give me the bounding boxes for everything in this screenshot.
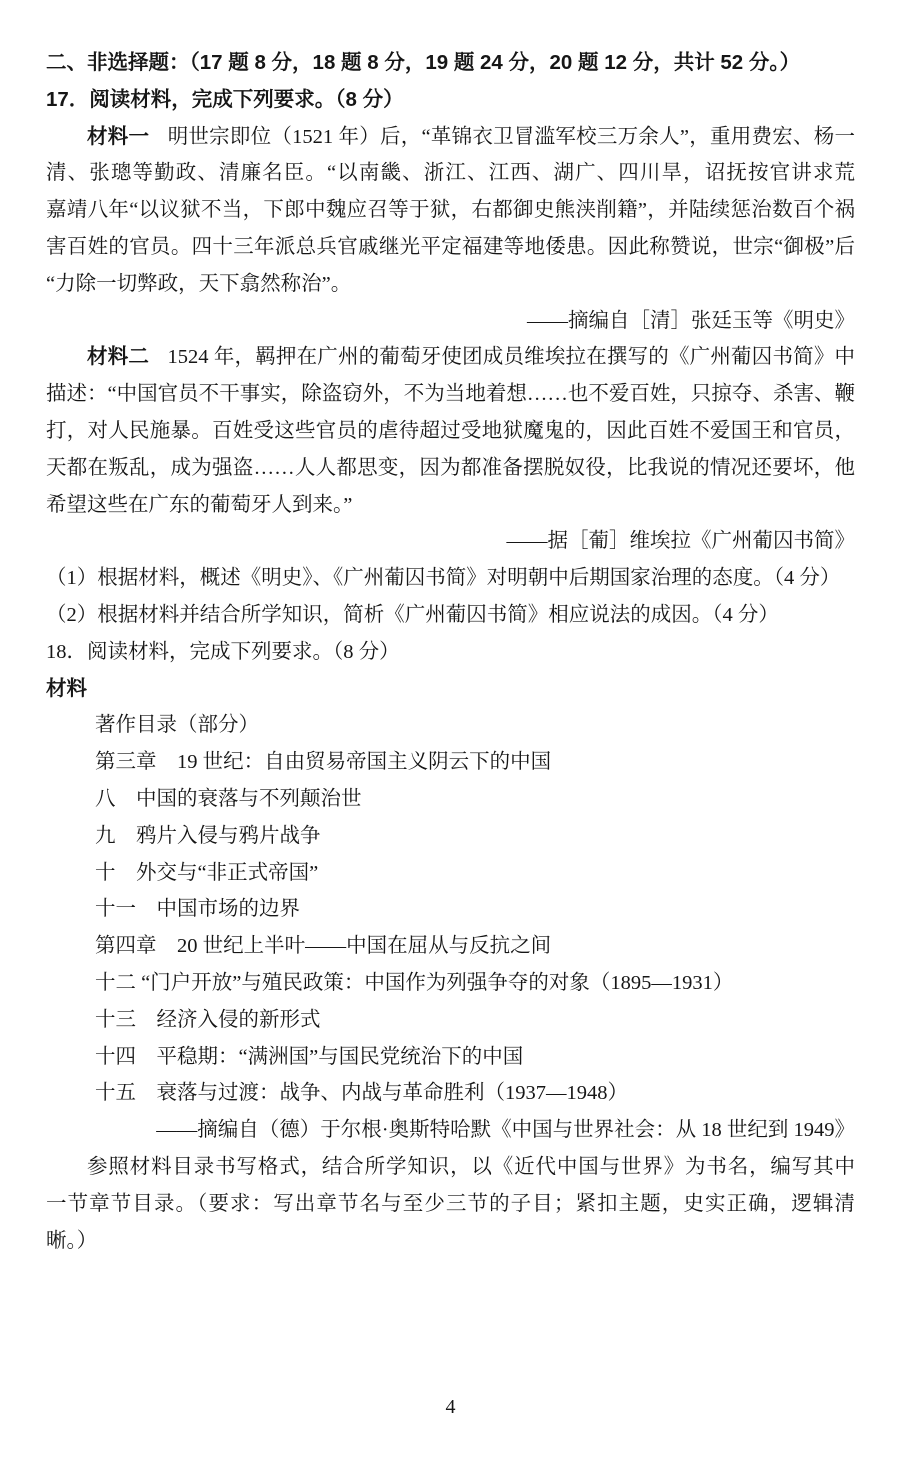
q18-task-line-3: 晰。） xyxy=(46,1223,855,1260)
section-header: 二、非选择题：（17 题 8 分，18 题 8 分，19 题 24 分，20 题… xyxy=(46,45,855,82)
q17-material2-line-2: 描述：“中国官员不干事实，除盗窃外，不为当地着想……也不爱百姓，只掠夺、杀害、鞭 xyxy=(46,376,855,413)
toc-entry-10: 十 外交与“非正式帝国” xyxy=(46,855,855,892)
q18-stem: 18．阅读材料，完成下列要求。（8 分） xyxy=(46,634,855,671)
q18-task-line-2: 一节章节目录。（要求：写出章节名与至少三节的子目；紧扣主题，史实正确，逻辑清 xyxy=(46,1186,855,1223)
toc-entry-9: 九 鸦片入侵与鸦片战争 xyxy=(46,818,855,855)
q18-material-source: ——摘编自（德）于尔根·奥斯特哈默《中国与世界社会：从 18 世纪到 1949》 xyxy=(46,1112,855,1149)
material1-label: 材料一 xyxy=(87,125,149,148)
toc-entry-catalog-title: 著作目录（部分） xyxy=(46,707,855,744)
q18-material-label: 材料 xyxy=(46,671,855,708)
q17-material2-line-1: 材料二1524 年，羁押在广州的葡萄牙使团成员维埃拉在撰写的《广州葡囚书简》中 xyxy=(46,339,855,376)
q17-material1-line-3: 嘉靖八年“以议狱不当，下郎中魏应召等于狱，右都御史熊浃削籍”，并陆续惩治数百个祸 xyxy=(46,192,855,229)
bottom-spacer xyxy=(46,1259,855,1389)
toc-entry-15: 十五 衰落与过渡：战争、内战与革命胜利（1937—1948） xyxy=(46,1075,855,1112)
q17-material2-source: ——据［葡］维埃拉《广州葡囚书简》 xyxy=(46,523,855,560)
exam-page: 二、非选择题：（17 题 8 分，18 题 8 分，19 题 24 分，20 题… xyxy=(0,0,900,1471)
toc-entry-11: 十一 中国市场的边界 xyxy=(46,891,855,928)
toc-entry-8: 八 中国的衰落与不列颠治世 xyxy=(46,781,855,818)
q17-material1-line-1: 材料一明世宗即位（1521 年）后，“革锦衣卫冒滥军校三万余人”，重用费宏、杨一 xyxy=(46,119,855,156)
q17-material1-line-4: 害百姓的官员。四十三年派总兵官戚继光平定福建等地倭患。因此称赞说，世宗“御极”后 xyxy=(46,229,855,266)
toc-entry-14: 十四 平稳期：“满洲国”与国民党统治下的中国 xyxy=(46,1039,855,1076)
toc-entry-chapter-4: 第四章 20 世纪上半叶——中国在屈从与反抗之间 xyxy=(46,928,855,965)
q17-stem: 17．阅读材料，完成下列要求。（8 分） xyxy=(46,82,855,119)
material1-text-1: 明世宗即位（1521 年）后，“革锦衣卫冒滥军校三万余人”，重用费宏、杨一 xyxy=(168,126,855,148)
q18-task-line-1: 参照材料目录书写格式，结合所学知识，以《近代中国与世界》为书名，编写其中 xyxy=(46,1149,855,1186)
q17-material2-line-4: 天都在叛乱，成为强盗……人人都思变，因为都准备摆脱奴役，比我说的情况还要坏，他们 xyxy=(46,450,855,487)
material2-text-1: 1524 年，羁押在广州的葡萄牙使团成员维埃拉在撰写的《广州葡囚书简》中 xyxy=(168,346,855,368)
q17-material2-line-3: 打，对人民施暴。百姓受这些官员的虐待超过受地狱魔鬼的，因此百姓不爱国王和官员，每 xyxy=(46,413,855,450)
q17-question-2: （2）根据材料并结合所学知识，简析《广州葡囚书简》相应说法的成因。（4 分） xyxy=(46,597,855,634)
q17-material2-line-5: 希望这些在广东的葡萄牙人到来。” xyxy=(46,487,855,524)
q17-material1-line-2: 清、张璁等勤政、清廉名臣。“以南畿、浙江、江西、湖广、四川旱，诏抚按官讲求荒政”… xyxy=(46,155,855,192)
page-number: 4 xyxy=(46,1389,855,1426)
material2-label: 材料二 xyxy=(87,345,149,368)
toc-entry-chapter-3: 第三章 19 世纪：自由贸易帝国主义阴云下的中国 xyxy=(46,744,855,781)
q17-question-1: （1）根据材料，概述《明史》、《广州葡囚书简》对明朝中后期国家治理的态度。（4 … xyxy=(46,560,855,597)
q17-material1-source: ——摘编自［清］张廷玉等《明史》 xyxy=(46,303,855,340)
toc-entry-12: 十二 “门户开放”与殖民政策：中国作为列强争夺的对象（1895—1931） xyxy=(46,965,855,1002)
q17-material1-line-5: “力除一切弊政，天下翕然称治”。 xyxy=(46,266,855,303)
toc-entry-13: 十三 经济入侵的新形式 xyxy=(46,1002,855,1039)
